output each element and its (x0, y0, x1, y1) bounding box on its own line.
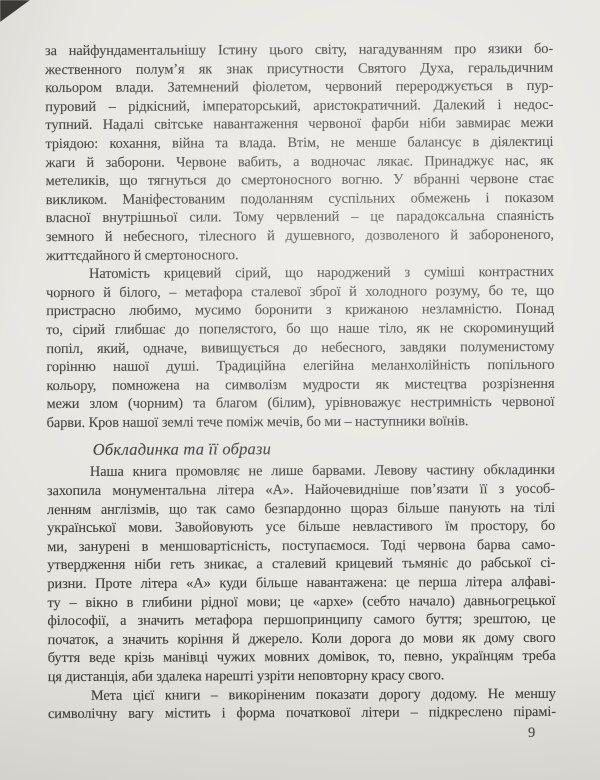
text-line: Наша книга промовляє не лише барвами. Ле… (47, 461, 555, 482)
text-line: метеликів, що тягнуться до смертоносного… (46, 170, 554, 191)
text-line: ленням англізмів, що так само безпардонн… (47, 499, 555, 520)
text-line: власної внутрішньої сили. Тому червлений… (46, 207, 554, 228)
section-heading: Обкладинка та її образи (47, 435, 555, 463)
text-line: жаги й заборони. Червоне вабить, а водно… (45, 151, 553, 172)
page-corner-shadow (0, 0, 30, 22)
text-line: ця дистанція, аби здалека нарешті узріти… (48, 666, 556, 687)
text-line: пуровий – рідкісний, імператорський, ари… (45, 96, 553, 117)
text-line: кольором влади. Затемнений фіолетом, чер… (45, 77, 553, 98)
text-line: пристрасно любимо, мусимо боронити з кри… (46, 300, 554, 321)
text-line: земного й небесного, тілесного й душевно… (46, 226, 554, 247)
text-line: філософії, а значить метафора першопринц… (47, 610, 555, 631)
text-line: межи злом (чорним) та благом (білим), ур… (47, 393, 555, 414)
text-line: захопила монументальна літера «А». Найоч… (47, 480, 555, 501)
text-line: тріядою: кохання, війна та влада. Втім, … (45, 133, 553, 154)
text-line: ризни. Проте літера «А» куди більше нава… (47, 573, 555, 594)
paragraph: Мета цієї книги – викоріненим показати д… (48, 684, 556, 723)
text-line: ту – вікно в глибини рідної мови; це «ар… (47, 592, 555, 613)
text-line: життєдайного й смертоносного. (46, 244, 554, 265)
paragraph: Наша книга промовляє не лише барвами. Ле… (47, 461, 556, 686)
paragraph-continuation: за найфундаментальнішу Істину цього світ… (45, 40, 554, 265)
page-text-block: за найфундаментальнішу Істину цього світ… (45, 40, 556, 724)
text-line: за найфундаментальнішу Істину цього світ… (45, 40, 553, 61)
text-line: горінню нашої душі. Традиційна елегійна … (46, 356, 554, 377)
text-line: викликом. Маніфестованим подоланням сусп… (46, 189, 554, 210)
text-line: української мови. Завойовують усе більше… (47, 517, 555, 538)
paragraph: Натомість крицевий сірий, що народжений … (46, 263, 555, 433)
text-line: символічну вагу містить і форма початков… (48, 703, 556, 724)
text-line: буття веде крізь манівці чужих мовних до… (48, 647, 556, 668)
text-line: Мета цієї книги – викоріненим показати д… (48, 684, 556, 705)
text-line: барви. Кров нашої землі тече поміж мечів… (47, 412, 555, 433)
text-line: то, сірий глибшає до попелястого, бо що … (46, 319, 554, 340)
text-line: початок, а значить коріння й джерело. Ко… (48, 629, 556, 650)
text-line: попіл, який, одначе, вивищується до небе… (46, 337, 554, 358)
page-number: 9 (528, 725, 535, 742)
text-line: чорного й білого, – метафора сталевої зб… (46, 282, 554, 303)
text-line: утвердження ніби геть зникає, а сталевий… (47, 554, 555, 575)
text-line: тупний. Надалі світське навантаження чер… (45, 114, 553, 135)
book-page-photo: за найфундаментальнішу Істину цього світ… (0, 0, 600, 780)
text-line: ми, занурені в меншовартісність, поступа… (47, 536, 555, 557)
text-line: кольору, помножена на символізм мудрости… (46, 375, 554, 396)
text-line: жественного полум’я як знак присутности … (45, 58, 553, 79)
text-line: Натомість крицевий сірий, що народжений … (46, 263, 554, 284)
